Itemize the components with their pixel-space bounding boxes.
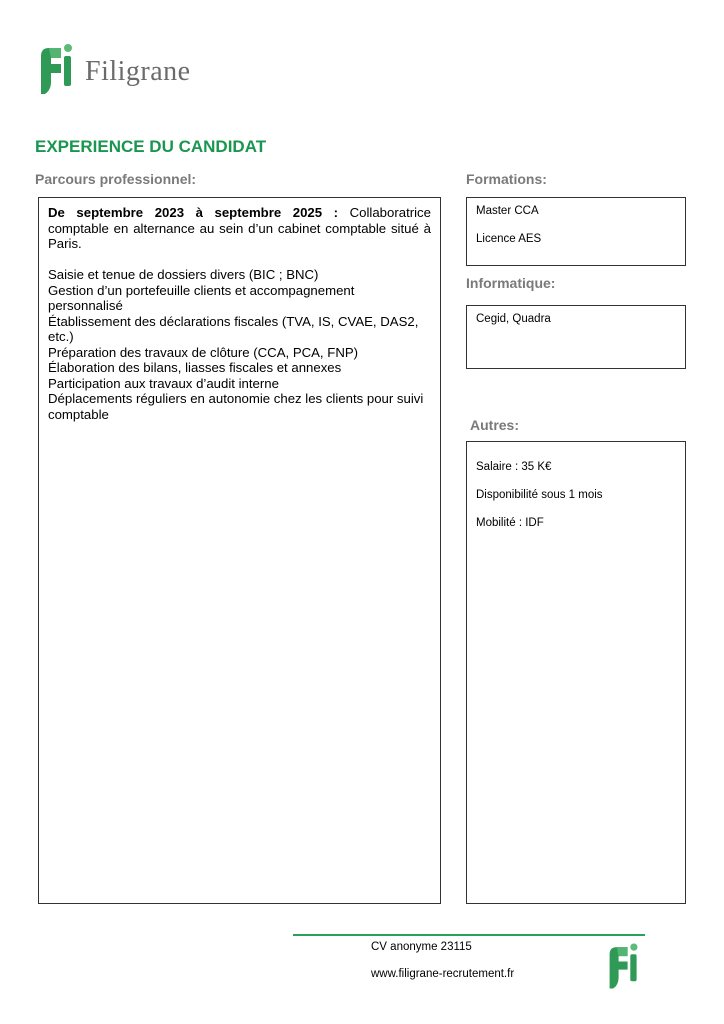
task-item: Gestion d’un portefeuille clients et acc…: [48, 283, 378, 314]
cv-reference: CV anonyme 23115: [371, 941, 472, 953]
mobility-item: Mobilité : IDF: [476, 516, 676, 530]
website-link[interactable]: www.filigrane-recrutement.fr: [371, 968, 514, 980]
autres-label: Autres:: [470, 417, 519, 433]
formation-item: Master CCA: [476, 204, 676, 218]
availability-item: Disponibilité sous 1 mois: [476, 488, 676, 502]
software-item: Cegid, Quadra: [476, 312, 676, 326]
parcours-label: Parcours professionnel:: [35, 171, 196, 187]
filigrane-fi-logo-icon: [606, 940, 642, 992]
footer-divider: [293, 934, 645, 936]
spacer: [48, 252, 431, 268]
formations-label: Formations:: [466, 171, 547, 187]
formation-item: Licence AES: [476, 232, 676, 246]
brand-logo: Filigrane: [37, 42, 217, 98]
task-item: Participation aux travaux d’audit intern…: [48, 376, 431, 392]
task-item: Saisie et tenue de dossiers divers (BIC …: [48, 267, 431, 283]
experience-header: De septembre 2023 à septembre 2025 : Col…: [48, 205, 431, 252]
autres-box: Salaire : 35 K€ Disponibilité sous 1 moi…: [466, 441, 686, 904]
informatique-box: Cegid, Quadra: [466, 305, 686, 369]
brand-wordmark: Filigrane: [85, 56, 191, 88]
filigrane-fi-logo-icon: [37, 42, 77, 96]
formations-box: Master CCA Licence AES: [466, 197, 686, 266]
task-list: Saisie et tenue de dossiers divers (BIC …: [48, 267, 431, 422]
informatique-label: Informatique:: [466, 275, 555, 291]
task-item: Établissement des déclarations fiscales …: [48, 314, 431, 345]
section-title: EXPERIENCE DU CANDIDAT: [35, 137, 266, 157]
salary-item: Salaire : 35 K€: [476, 460, 676, 474]
task-item: Préparation des travaux de clôture (CCA,…: [48, 345, 431, 361]
experience-period: De septembre 2023 à septembre 2025 :: [48, 205, 338, 220]
task-item: Déplacements réguliers en autonomie chez…: [48, 391, 431, 422]
parcours-box: De septembre 2023 à septembre 2025 : Col…: [38, 197, 441, 904]
task-item: Élaboration des bilans, liasses fiscales…: [48, 360, 431, 376]
